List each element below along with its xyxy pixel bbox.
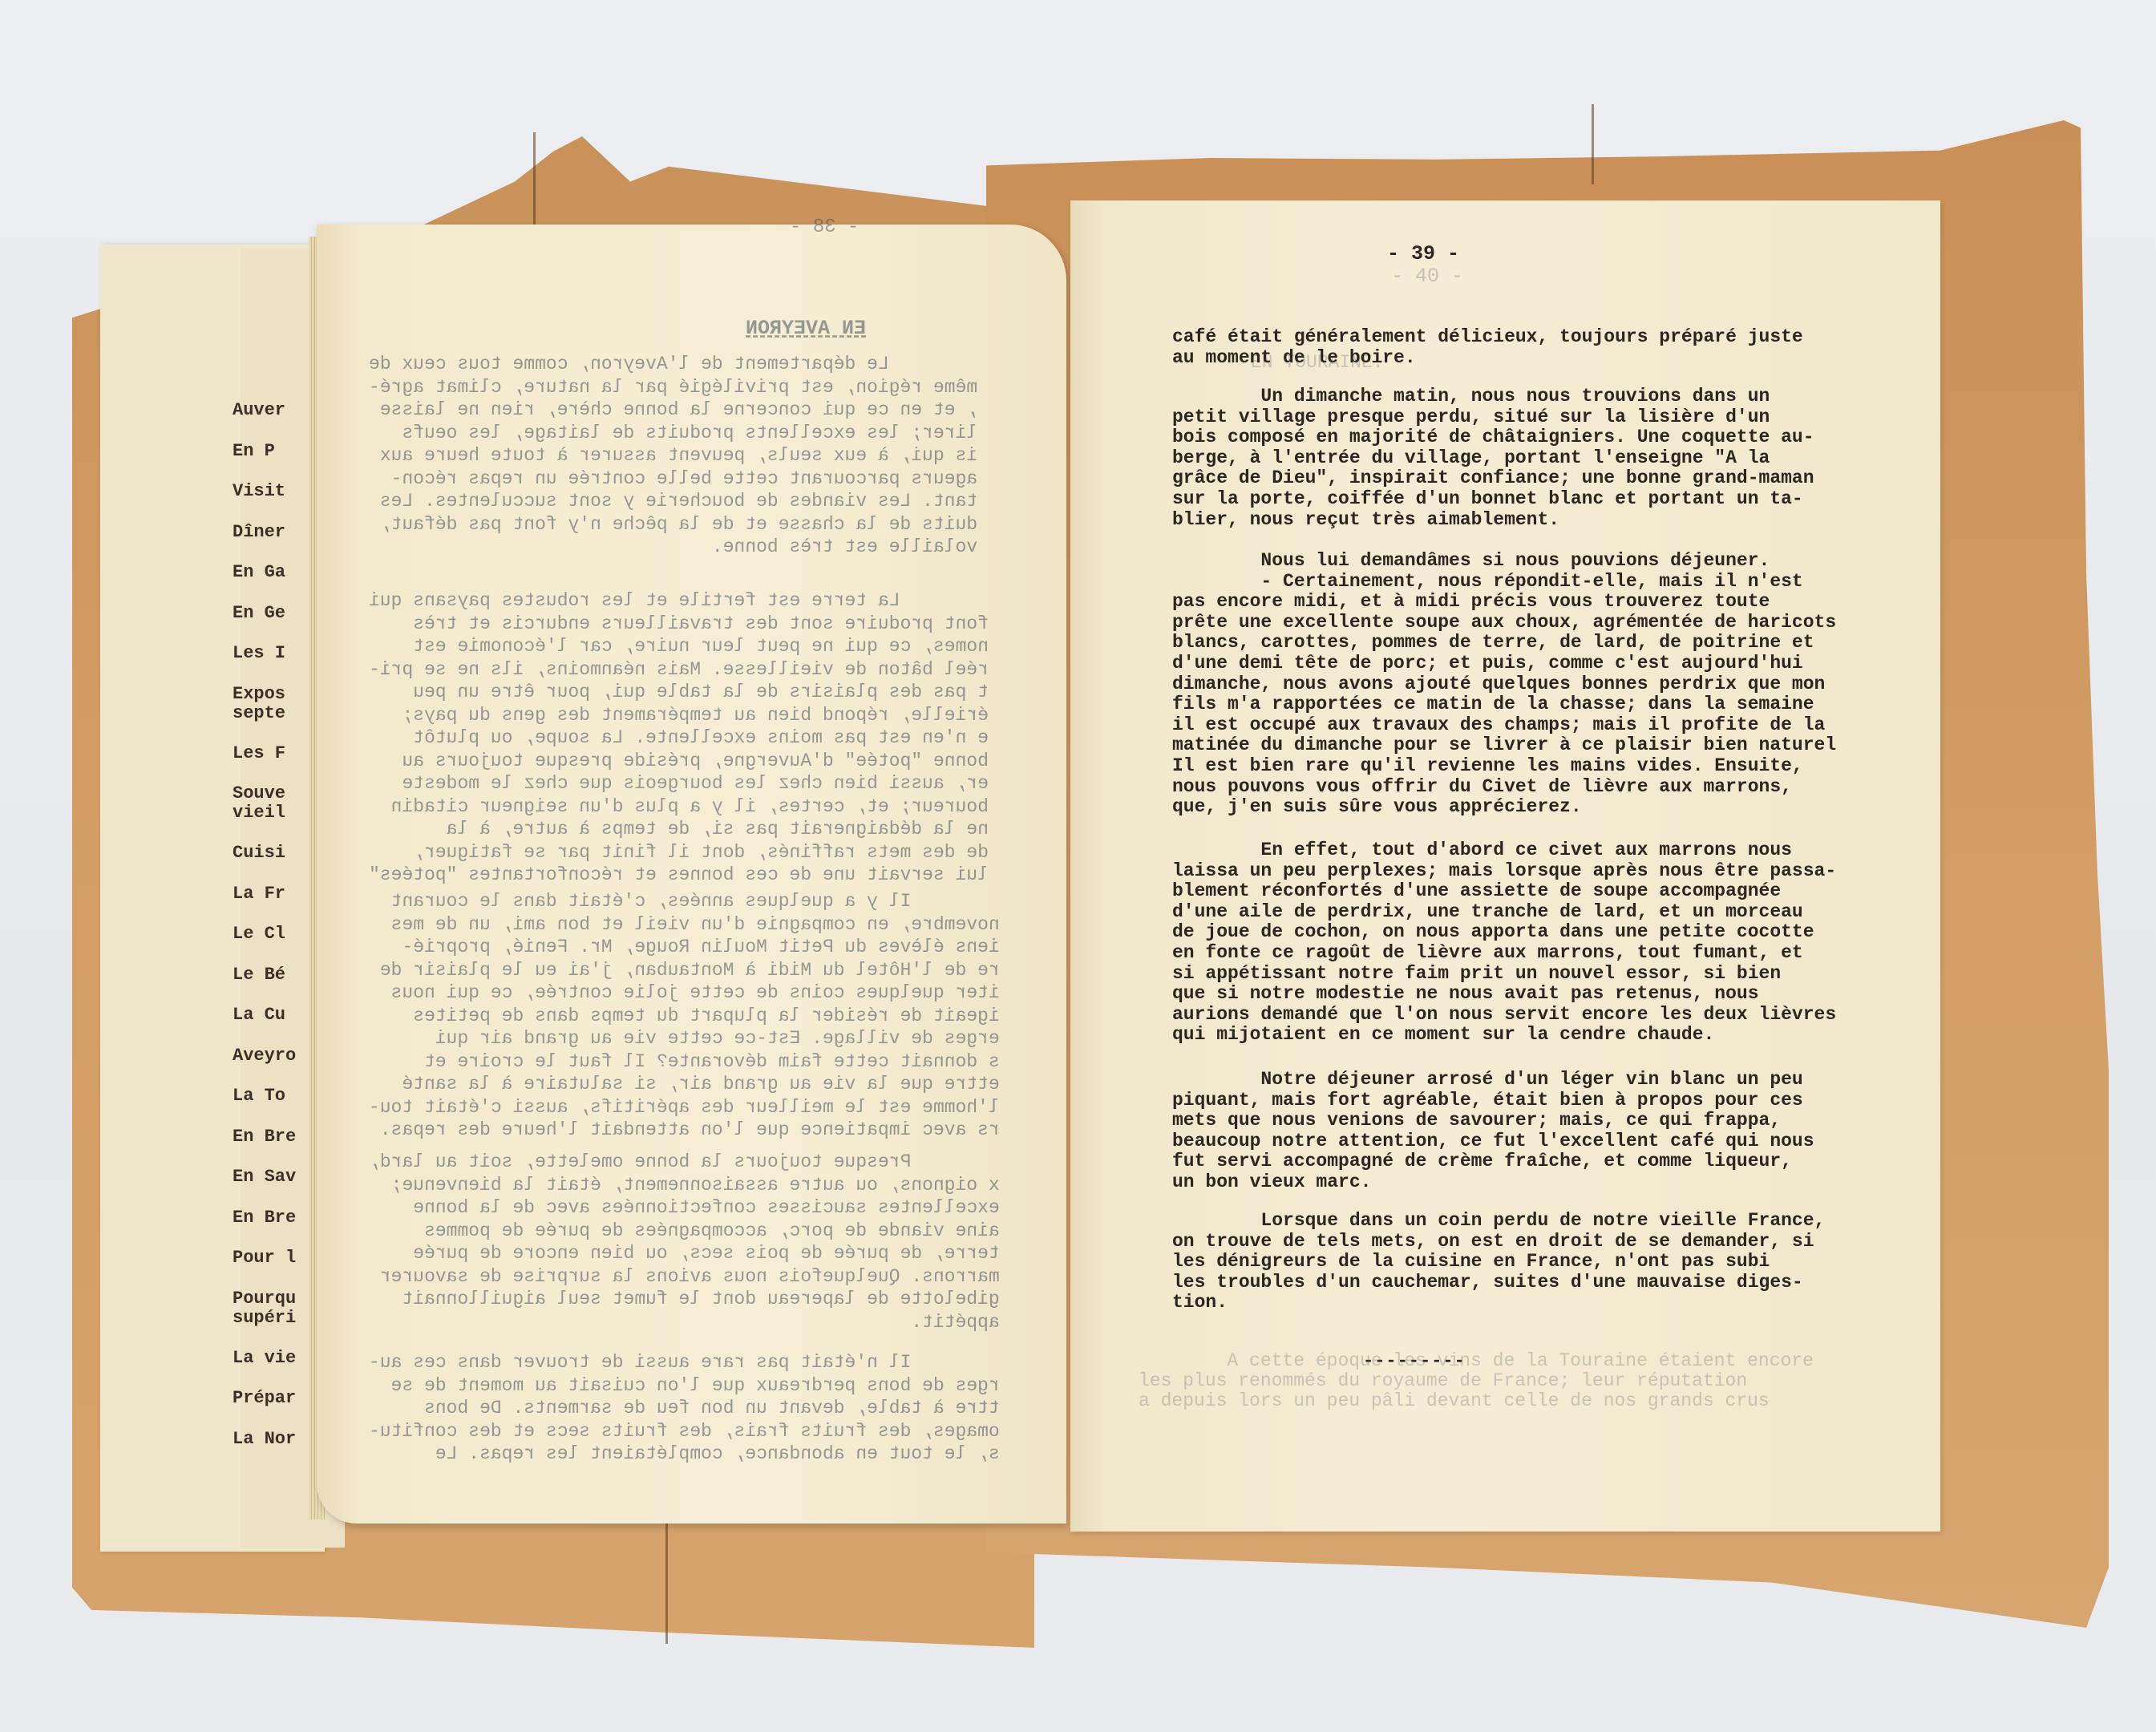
bleed-page-number: - 40 - [1391, 265, 1463, 288]
bleed-bottom-text: A cette époque les vins de la Touraine é… [1139, 1351, 1814, 1411]
right-page-paragraph: Un dimanche matin, nous nous trouvions d… [1172, 386, 1942, 530]
left-page-paragraph: Il y a quelques années, c'était dans le … [369, 890, 1000, 1142]
left-page-title: EN AVEYRON [746, 317, 866, 340]
left-page-paragraph: La terre est fertile et les robustes pay… [369, 589, 989, 887]
envelope-tear [665, 1524, 668, 1644]
envelope-tear [1592, 104, 1594, 184]
left-page-paragraph: Presque toujours la bonne omelette, soit… [369, 1151, 1000, 1333]
right-page-paragraph: Notre déjeuner arrosé d'un léger vin bla… [1172, 1070, 1942, 1193]
right-page-paragraph: café était généralement délicieux, toujo… [1172, 327, 1942, 368]
right-page-number: - 39 - [1387, 242, 1459, 265]
left-page-paragraph: Le département de l'Aveyron, comme tous … [369, 353, 977, 559]
left-page-number: - 38 - [790, 216, 859, 238]
left-page-paragraph: Il n'était pas rare aussi de trouver dan… [369, 1351, 1000, 1466]
right-page-paragraph: Nous lui demandâmes si nous pouvions déj… [1172, 551, 1942, 818]
right-page-paragraph: En effet, tout d'abord ce civet aux marr… [1172, 840, 1942, 1046]
right-page-paragraph: Lorsque dans un coin perdu de notre viei… [1172, 1211, 1942, 1313]
